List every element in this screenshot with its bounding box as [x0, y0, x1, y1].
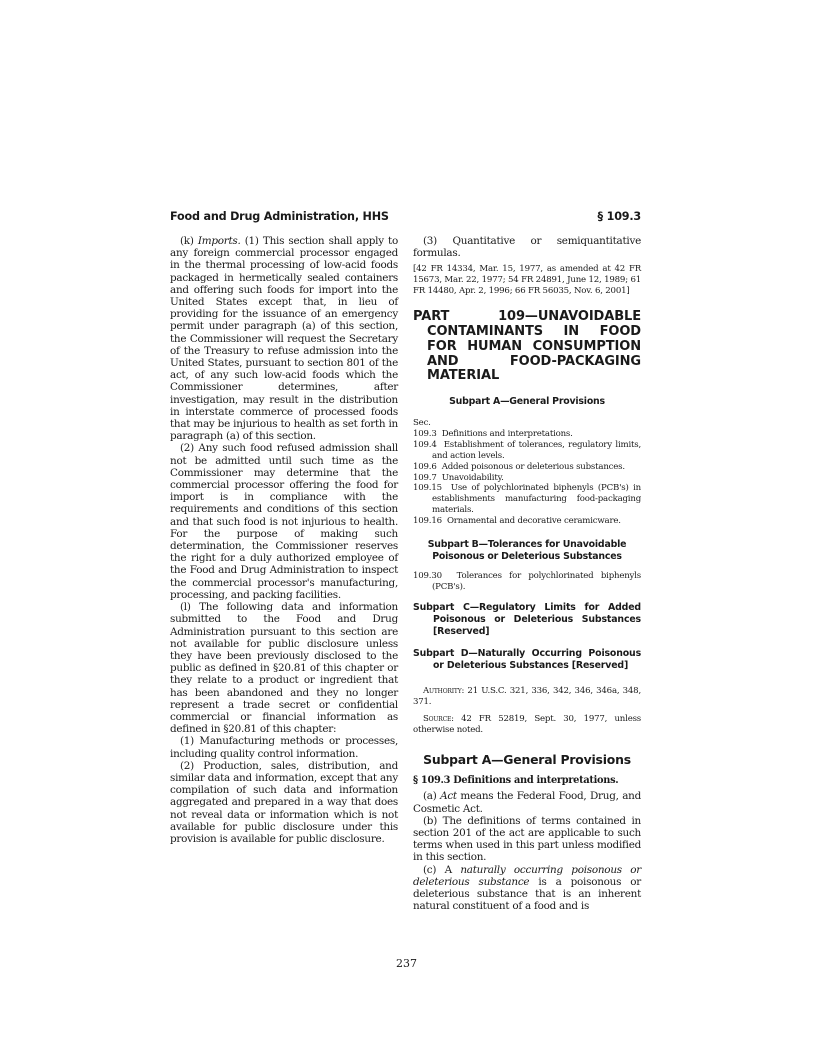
toc-item-title: Definitions and interpretations.	[442, 429, 573, 439]
part-title: PART 109—UNAVOIDABLE CONTAMINANTS IN FOO…	[413, 310, 641, 384]
source-note: Source: 42 FR 52819, Sept. 30, 1977, unl…	[413, 714, 641, 736]
running-head: Food and Drug Administration, HHS § 109.…	[170, 208, 641, 228]
running-head-agency: Food and Drug Administration, HHS	[170, 210, 389, 223]
right-column: (3) Quantitative or semiquantitative for…	[413, 235, 641, 912]
defined-term: Act	[440, 790, 457, 802]
toc-item[interactable]: 109.3 Definitions and interpretations.	[413, 429, 641, 440]
toc-item[interactable]: 109.15 Use of polychlorinated biphenyls …	[413, 483, 641, 516]
toc-item-title: Unavoidability.	[442, 473, 504, 483]
paragraph-k2: (2) Any such food refused admission shal…	[170, 442, 398, 601]
left-column: (k) Imports. (1) This section shall appl…	[170, 235, 398, 845]
paragraph-text: (1) This section shall apply to any fore…	[170, 235, 398, 442]
toc-item-title: Establishment of tolerances, regulatory …	[432, 440, 641, 461]
toc-item-title: Ornamental and decorative ceramicware.	[447, 516, 621, 526]
authority-label: Authority:	[423, 686, 464, 696]
toc-item-title: Added poisonous or deleterious substance…	[442, 462, 625, 472]
toc-item[interactable]: 109.7 Unavoidability.	[413, 473, 641, 484]
toc-item-number: 109.16	[413, 516, 442, 526]
subpart-a-heading: Subpart A—General Provisions	[413, 752, 641, 767]
paragraph-c: (c) A naturally occurring poisonous or d…	[413, 864, 641, 913]
paragraph-l: (l) The following data and information s…	[170, 601, 398, 735]
page-number: 237	[396, 957, 417, 970]
toc-subpart-d-heading: Subpart D—Naturally Occurring Poisonous …	[413, 648, 641, 672]
paragraph-heading-imports: Imports.	[198, 235, 241, 247]
toc-item[interactable]: 109.30 Tolerances for polychlorinated bi…	[413, 571, 641, 593]
toc-item-title: Use of polychlorinated biphenyls (PCB's)…	[432, 483, 641, 515]
toc-item-number: 109.3	[413, 429, 437, 439]
toc-item-title: Tolerances for polychlorinated biphenyls…	[432, 571, 641, 592]
paragraph-prefix: (a)	[423, 790, 440, 802]
section-109-3-heading: § 109.3 Definitions and interpretations.	[413, 775, 641, 787]
paragraph-l1: (1) Manufacturing methods or processes, …	[170, 735, 398, 759]
toc-item-number: 109.15	[413, 483, 442, 493]
toc-item-number: 109.4	[413, 440, 437, 450]
toc-subpart-a: Sec. 109.3 Definitions and interpretatio…	[413, 418, 641, 527]
running-head-section: § 109.3	[598, 210, 641, 223]
paragraph-l2: (2) Production, sales, distribution, and…	[170, 760, 398, 845]
toc-item-number: 109.6	[413, 462, 437, 472]
paragraph-b: (b) The definitions of terms contained i…	[413, 815, 641, 864]
toc-item[interactable]: 109.6 Added poisonous or deleterious sub…	[413, 462, 641, 473]
toc-item[interactable]: 109.16 Ornamental and decorative ceramic…	[413, 516, 641, 527]
paragraph-prefix: (k)	[180, 235, 198, 247]
authority-note: Authority: 21 U.S.C. 321, 336, 342, 346,…	[413, 686, 641, 708]
toc-subpart-b-heading: Subpart B—Tolerances for Unavoidable Poi…	[413, 539, 641, 563]
toc-subpart-b: 109.30 Tolerances for polychlorinated bi…	[413, 571, 641, 593]
source-label: Source:	[423, 714, 454, 724]
toc-item[interactable]: 109.4 Establishment of tolerances, regul…	[413, 440, 641, 462]
paragraph-imports: (k) Imports. (1) This section shall appl…	[170, 235, 398, 442]
toc-subpart-a-heading: Subpart A—General Provisions	[413, 396, 641, 408]
toc-item-number: 109.7	[413, 473, 437, 483]
paragraph-a: (a) Act means the Federal Food, Drug, an…	[413, 790, 641, 814]
amendment-citation: [42 FR 14334, Mar. 15, 1977, as amended …	[413, 264, 641, 296]
toc-item-number: 109.30	[413, 571, 442, 581]
toc-subpart-c-heading: Subpart C—Regulatory Limits for Added Po…	[413, 602, 641, 638]
toc-sec-label: Sec.	[413, 418, 641, 429]
paragraph-prefix: (c) A	[423, 864, 460, 876]
paragraph-l3: (3) Quantitative or semiquantitative for…	[413, 235, 641, 259]
